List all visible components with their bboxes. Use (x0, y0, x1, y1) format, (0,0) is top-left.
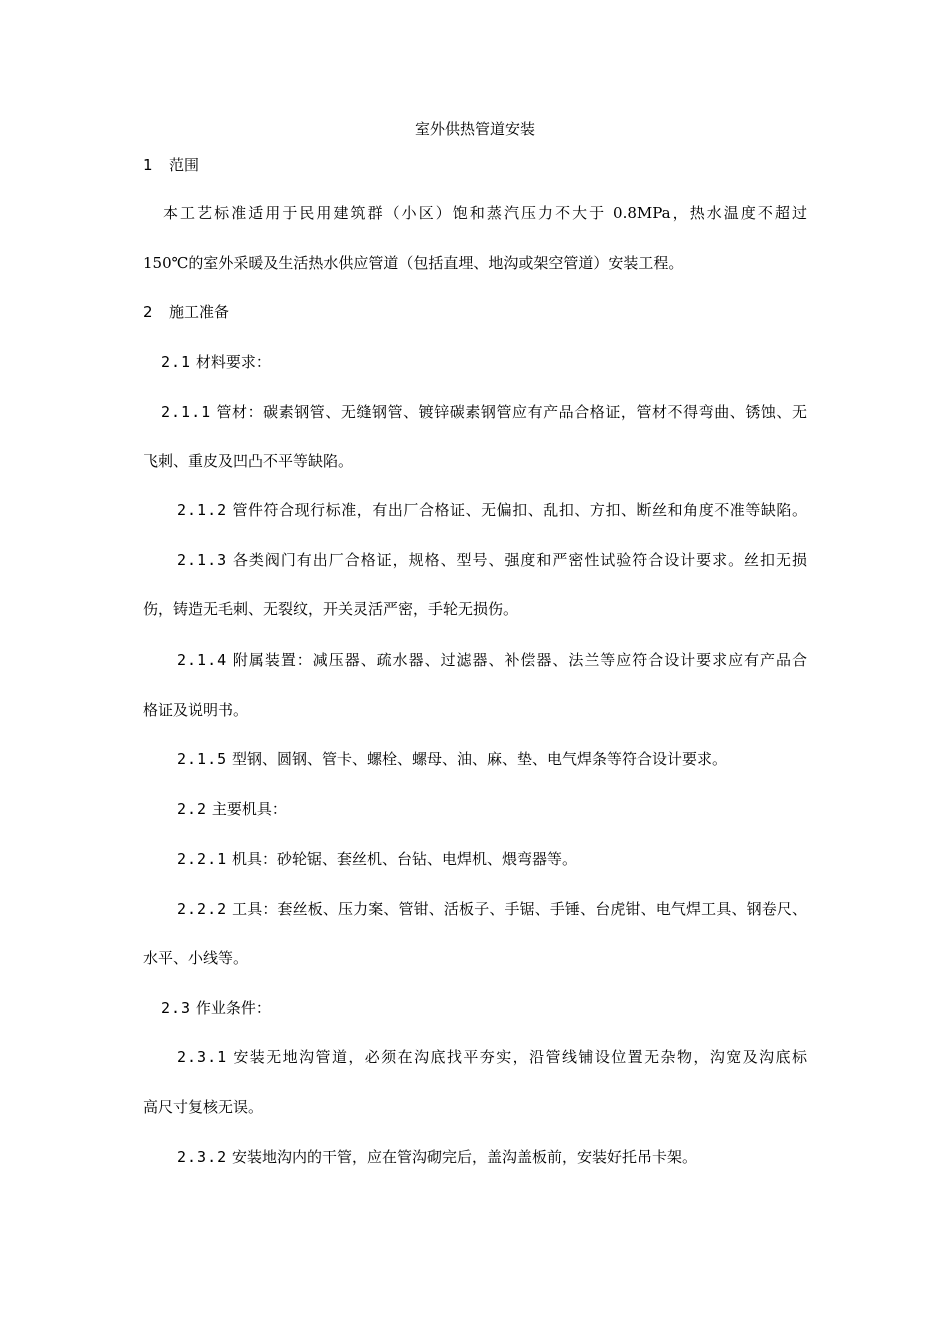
section-title: 范围 (169, 156, 199, 174)
item-number: 2.1 (161, 353, 191, 371)
item-2-3-2: 2.3.2 安装地沟内的干管，应在管沟砌完后，盖沟盖板前，安装好托吊卡架。 (177, 1147, 697, 1167)
item-number: 2.1.5 (177, 750, 227, 768)
item-text: 附属装置：减压器、疏水器、过滤器、补偿器、法兰等应符合设计要求应有产品合 (233, 651, 807, 669)
item-number: 2.3.2 (177, 1148, 227, 1166)
item-text: 型钢、圆钢、管卡、螺栓、螺母、油、麻、垫、电气焊条等符合设计要求。 (232, 750, 727, 768)
section-number: 1 (143, 155, 169, 175)
item-2-1-3: 2.1.3 各类阀门有出厂合格证，规格、型号、强度和严密性试验符合设计要求。丝扣… (177, 550, 807, 570)
item-number: 2.3 (161, 999, 191, 1017)
subsection-2-3: 2.3 作业条件： (161, 998, 271, 1018)
item-text: 安装无地沟管道，必须在沟底找平夯实，沿管线铺设位置无杂物，沟宽及沟底标 (233, 1048, 807, 1066)
document-title: 室外供热管道安装 (0, 119, 950, 139)
item-text: 材料要求： (196, 353, 271, 371)
section-heading-2: 2施工准备 (143, 302, 229, 322)
item-number: 2.1.1 (161, 403, 211, 421)
item-2-1-5: 2.1.5 型钢、圆钢、管卡、螺栓、螺母、油、麻、垫、电气焊条等符合设计要求。 (177, 749, 727, 769)
paragraph-line: 本工艺标准适用于民用建筑群（小区）饱和蒸汽压力不大于 0.8MPa，热水温度不超… (163, 203, 807, 223)
item-number: 2.1.3 (177, 551, 227, 569)
item-continuation: 飞刺、重皮及凹凸不平等缺陷。 (143, 451, 353, 471)
document-page: 室外供热管道安装 1范围 本工艺标准适用于民用建筑群（小区）饱和蒸汽压力不大于 … (0, 0, 950, 1344)
item-2-1-2: 2.1.2 管件符合现行标准，有出厂合格证、无偏扣、乱扣、方扣、断丝和角度不准等… (177, 500, 807, 520)
item-text: 主要机具： (212, 800, 287, 818)
item-number: 2.2 (177, 800, 207, 818)
item-number: 2.3.1 (177, 1048, 227, 1066)
item-number: 2.2.2 (177, 900, 227, 918)
item-number: 2.1.2 (177, 501, 227, 519)
item-2-2-2: 2.2.2 工具：套丝板、压力案、管钳、活板子、手锯、手锤、台虎钳、电气焊工具、… (177, 899, 807, 919)
item-number: 2.2.1 (177, 850, 227, 868)
item-text: 工具：套丝板、压力案、管钳、活板子、手锯、手锤、台虎钳、电气焊工具、钢卷尺、 (232, 900, 807, 918)
item-2-2-1: 2.2.1 机具：砂轮锯、套丝机、台钻、电焊机、煨弯器等。 (177, 849, 577, 869)
item-text: 作业条件： (196, 999, 271, 1017)
item-2-1-1: 2.1.1 管材：碳素钢管、无缝钢管、镀锌碳素钢管应有产品合格证，管材不得弯曲、… (161, 402, 807, 422)
paragraph-line: 150℃的室外采暖及生活热水供应管道（包括直埋、地沟或架空管道）安装工程。 (143, 253, 683, 273)
section-number: 2 (143, 302, 169, 322)
item-text: 管材：碳素钢管、无缝钢管、镀锌碳素钢管应有产品合格证，管材不得弯曲、锈蚀、无 (216, 403, 807, 421)
section-title: 施工准备 (169, 303, 229, 321)
section-heading-1: 1范围 (143, 155, 199, 175)
item-number: 2.1.4 (177, 651, 227, 669)
item-continuation: 格证及说明书。 (143, 700, 248, 720)
item-2-3-1: 2.3.1 安装无地沟管道，必须在沟底找平夯实，沿管线铺设位置无杂物，沟宽及沟底… (177, 1047, 807, 1067)
item-text: 机具：砂轮锯、套丝机、台钻、电焊机、煨弯器等。 (232, 850, 577, 868)
item-text: 管件符合现行标准，有出厂合格证、无偏扣、乱扣、方扣、断丝和角度不准等缺陷。 (232, 501, 807, 519)
subsection-2-1: 2.1 材料要求： (161, 352, 271, 372)
item-continuation: 水平、小线等。 (143, 948, 248, 968)
item-2-1-4: 2.1.4 附属装置：减压器、疏水器、过滤器、补偿器、法兰等应符合设计要求应有产… (177, 650, 807, 670)
item-text: 各类阀门有出厂合格证，规格、型号、强度和严密性试验符合设计要求。丝扣无损 (233, 551, 807, 569)
subsection-2-2: 2.2 主要机具： (177, 799, 287, 819)
item-continuation: 伤，铸造无毛刺、无裂纹，开关灵活严密，手轮无损伤。 (143, 599, 518, 619)
item-text: 安装地沟内的干管，应在管沟砌完后，盖沟盖板前，安装好托吊卡架。 (232, 1148, 697, 1166)
item-continuation: 高尺寸复核无误。 (143, 1097, 263, 1117)
